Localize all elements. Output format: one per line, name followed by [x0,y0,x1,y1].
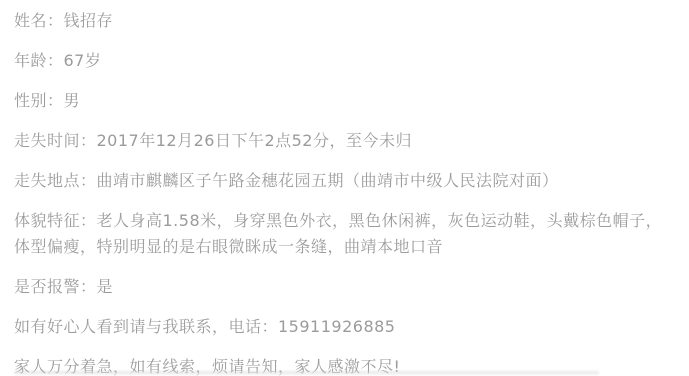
field-appearance: 体貌特征：老人身高1.58米，身穿黑色外衣，黑色休闲裤，灰色运动鞋，头戴棕色帽子… [14,208,675,260]
missing-person-notice: 姓名：钱招存 年龄：67岁 性别：男 走失时间：2017年12月26日下午2点5… [0,0,689,376]
field-police-reported: 是否报警：是 [14,274,675,300]
field-missing-time: 走失时间：2017年12月26日下午2点52分，至今未归 [14,128,675,154]
field-gender: 性别：男 [14,88,675,114]
field-name: 姓名：钱招存 [14,8,675,34]
field-missing-location: 走失地点：曲靖市麒麟区子午路金穗花园五期（曲靖市中级人民法院对面） [14,168,675,194]
field-contact: 如有好心人看到请与我联系，电话：15911926885 [14,314,675,340]
field-appeal: 家人万分着急，如有线索，烦请告知，家人感激不尽! [14,354,675,376]
field-age: 年龄：67岁 [14,48,675,74]
